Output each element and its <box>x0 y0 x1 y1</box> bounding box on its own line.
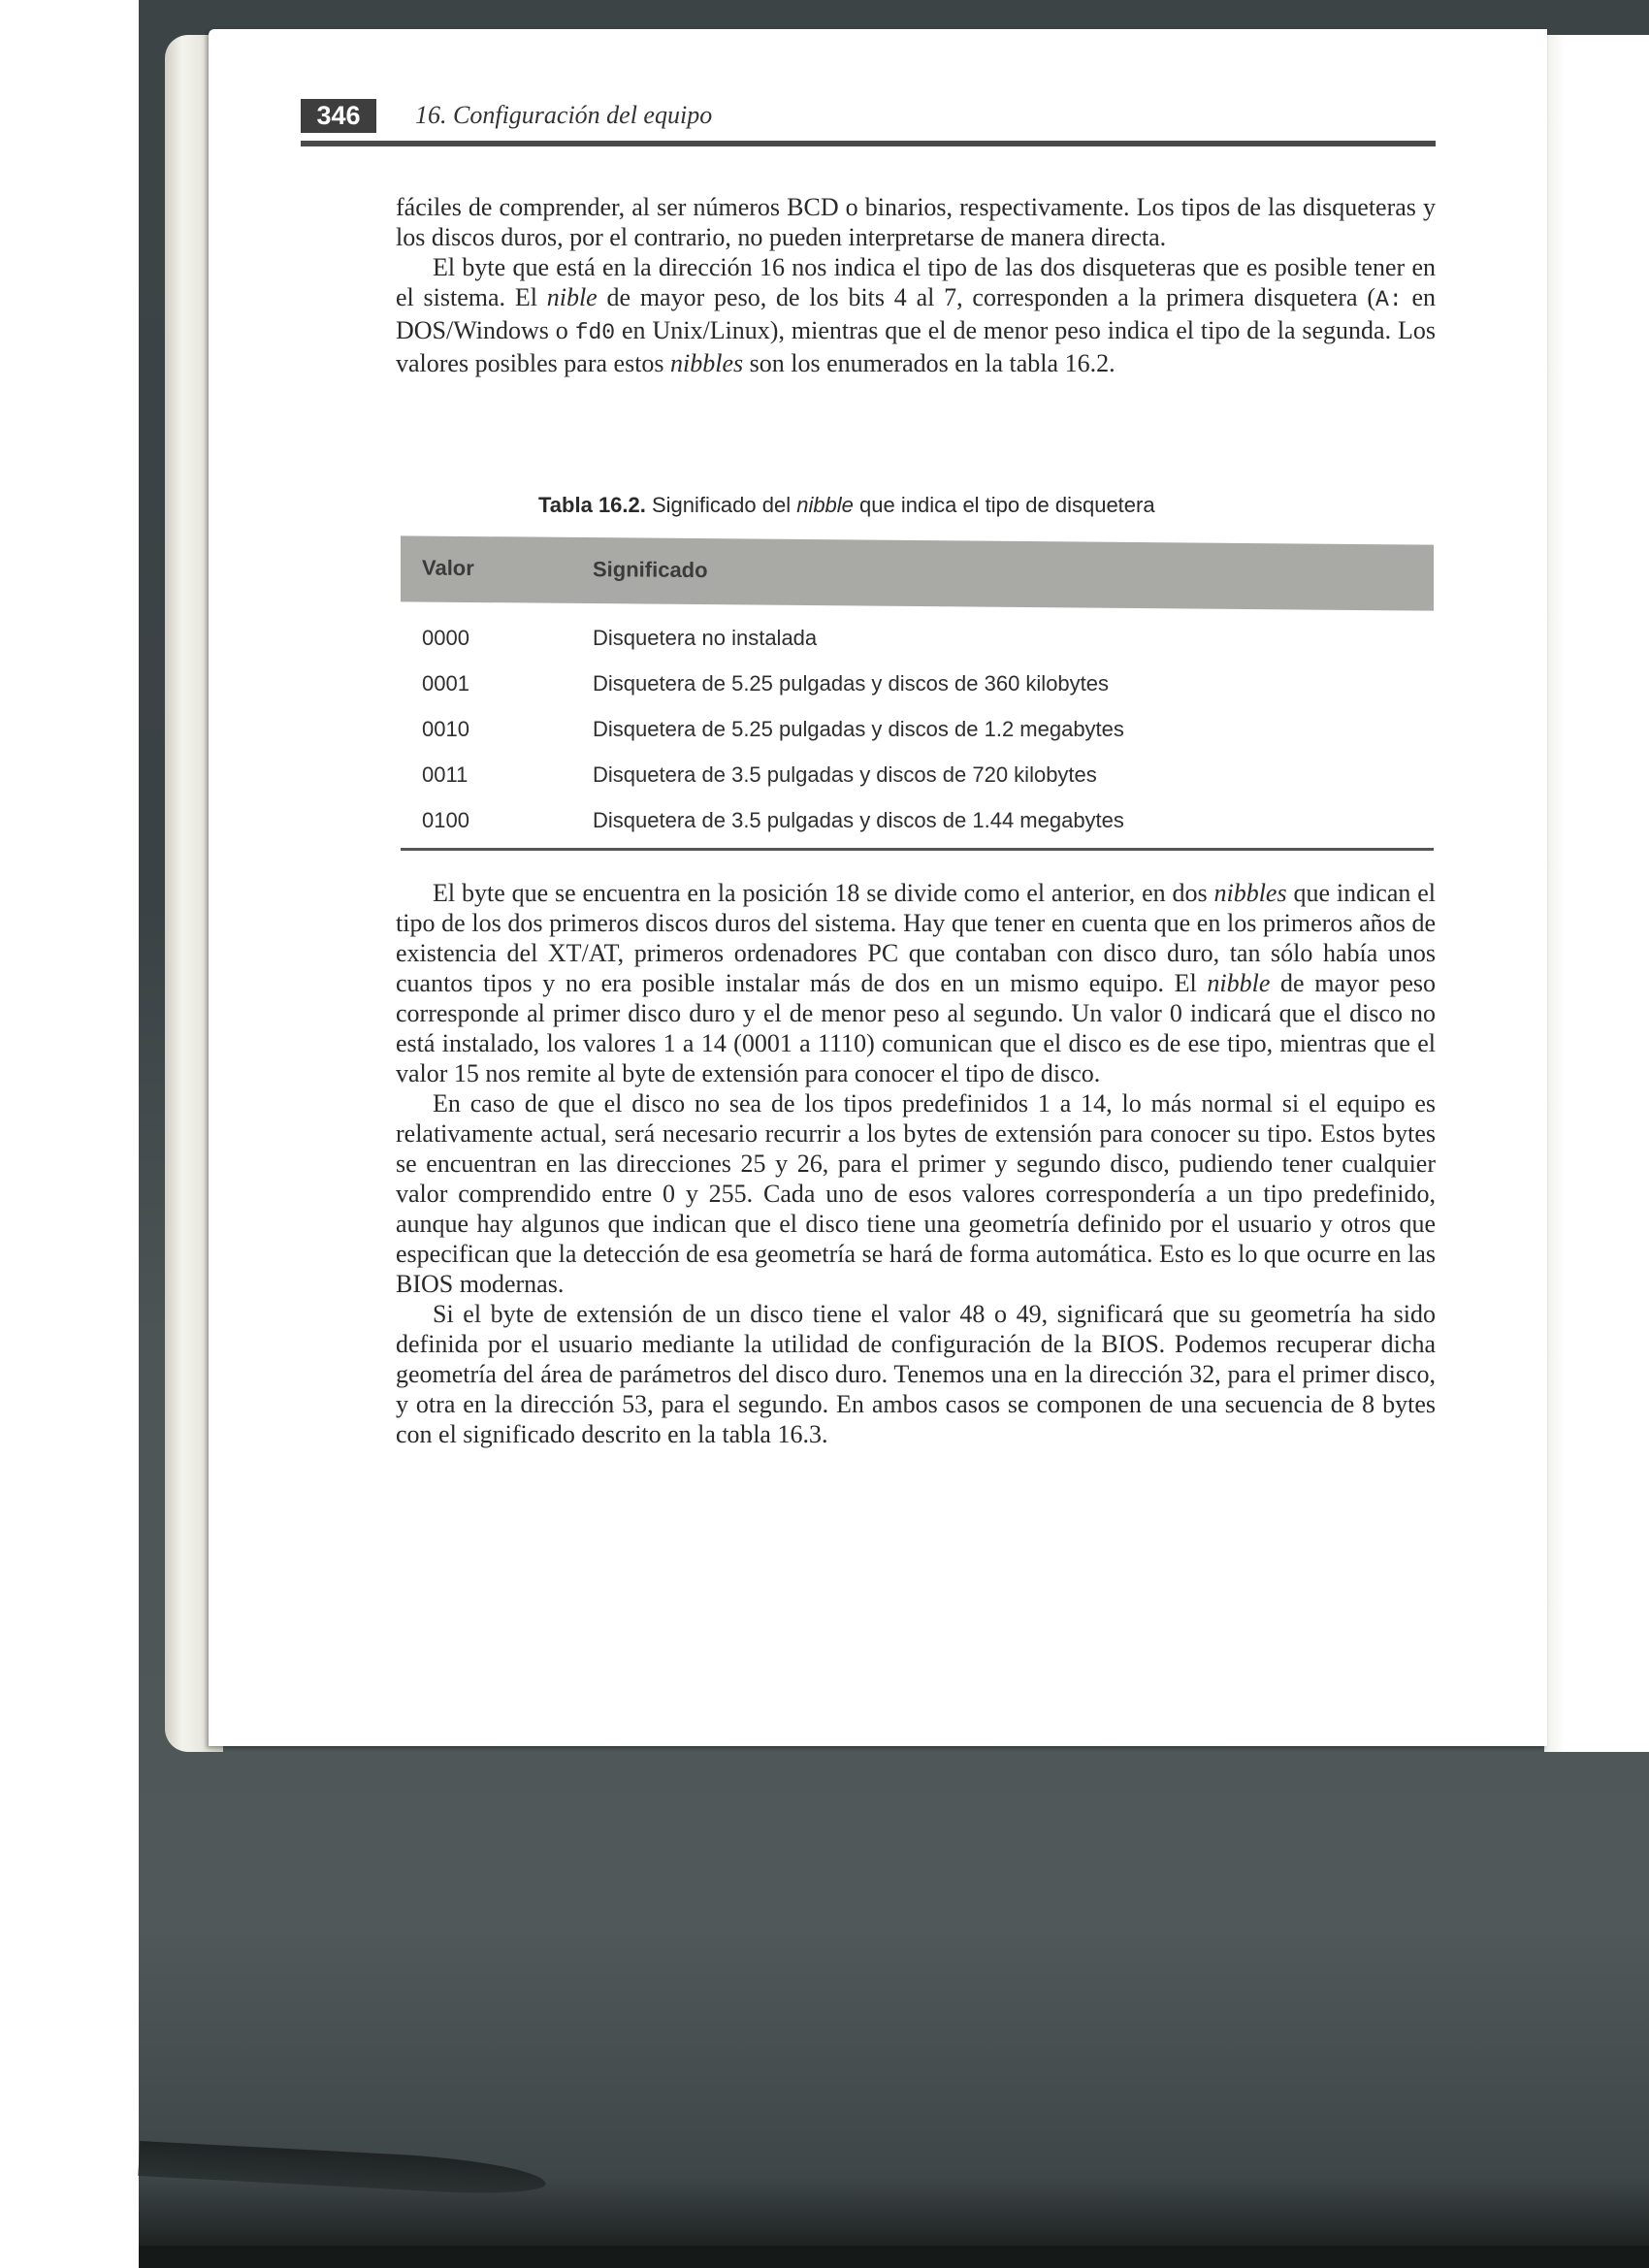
text-run: El byte que se encuentra en la posición … <box>433 879 1213 907</box>
floppy-type-table: Valor Significado 0000 Disquetera no ins… <box>401 540 1434 851</box>
facing-page-edge <box>1544 35 1649 1752</box>
chapter-title: 16. Configuración del equipo <box>415 101 712 130</box>
text-run: de mayor peso, de los bits 4 al 7, corre… <box>598 283 1375 311</box>
italic-term: nible <box>547 283 598 311</box>
paragraph: En caso de que el disco no sea de los ti… <box>396 1088 1436 1299</box>
cell-significado: Disquetera no instalada <box>593 626 817 651</box>
italic-term: nibbles <box>1213 879 1286 907</box>
caption-italic: nibble <box>796 493 854 517</box>
cell-significado: Disquetera de 3.5 pulgadas y discos de 1… <box>593 808 1124 833</box>
header-rule <box>301 141 1436 146</box>
header-significado: Significado <box>593 557 708 583</box>
table-row: 0011 Disquetera de 3.5 pulgadas y discos… <box>401 749 1434 794</box>
paragraph: fáciles de comprender, al ser números BC… <box>396 192 1436 252</box>
cell-significado: Disquetera de 5.25 pulgadas y discos de … <box>593 717 1124 742</box>
body-text-top: fáciles de comprender, al ser números BC… <box>396 192 1436 378</box>
table-row: 0010 Disquetera de 5.25 pulgadas y disco… <box>401 703 1434 749</box>
header-valor: Valor <box>422 556 474 581</box>
cell-valor: 0011 <box>422 762 468 788</box>
cell-valor: 0100 <box>422 808 469 833</box>
cell-significado: Disquetera de 3.5 pulgadas y discos de 7… <box>593 762 1097 788</box>
italic-term: nibble <box>1207 969 1270 997</box>
caption-text: que indica el tipo de disquetera <box>854 493 1155 517</box>
page-number: 346 <box>301 99 376 133</box>
table-bottom-rule <box>401 848 1434 851</box>
code-term: A: <box>1375 287 1403 312</box>
text-run: son los enumerados en la tabla 16.2. <box>743 349 1115 377</box>
cell-valor: 0000 <box>422 626 469 651</box>
paragraph: El byte que se encuentra en la posición … <box>396 878 1436 1088</box>
cell-significado: Disquetera de 5.25 pulgadas y discos de … <box>593 671 1109 697</box>
running-header: 346 16. Configuración del equipo <box>301 99 1436 157</box>
cell-valor: 0001 <box>422 671 469 697</box>
caption-text: Significado del <box>646 493 796 517</box>
italic-term: nibbles <box>670 349 743 377</box>
table-row: 0000 Disquetera no instalada <box>401 612 1434 658</box>
code-term: fd0 <box>575 320 615 345</box>
cell-valor: 0010 <box>422 717 469 742</box>
paragraph: El byte que está en la dirección 16 nos … <box>396 252 1436 378</box>
table-header: Valor Significado <box>401 535 1434 610</box>
paragraph: Si el byte de extensión de un disco tien… <box>396 1299 1436 1449</box>
table-row: 0001 Disquetera de 5.25 pulgadas y disco… <box>401 658 1434 703</box>
table-caption: Tabla 16.2. Significado del nibble que i… <box>538 493 1155 518</box>
table-row: 0100 Disquetera de 3.5 pulgadas y discos… <box>401 794 1434 840</box>
scanner-edge <box>139 2246 1649 2268</box>
caption-label: Tabla 16.2. <box>538 493 646 517</box>
body-text-bottom: El byte que se encuentra en la posición … <box>396 878 1436 1449</box>
